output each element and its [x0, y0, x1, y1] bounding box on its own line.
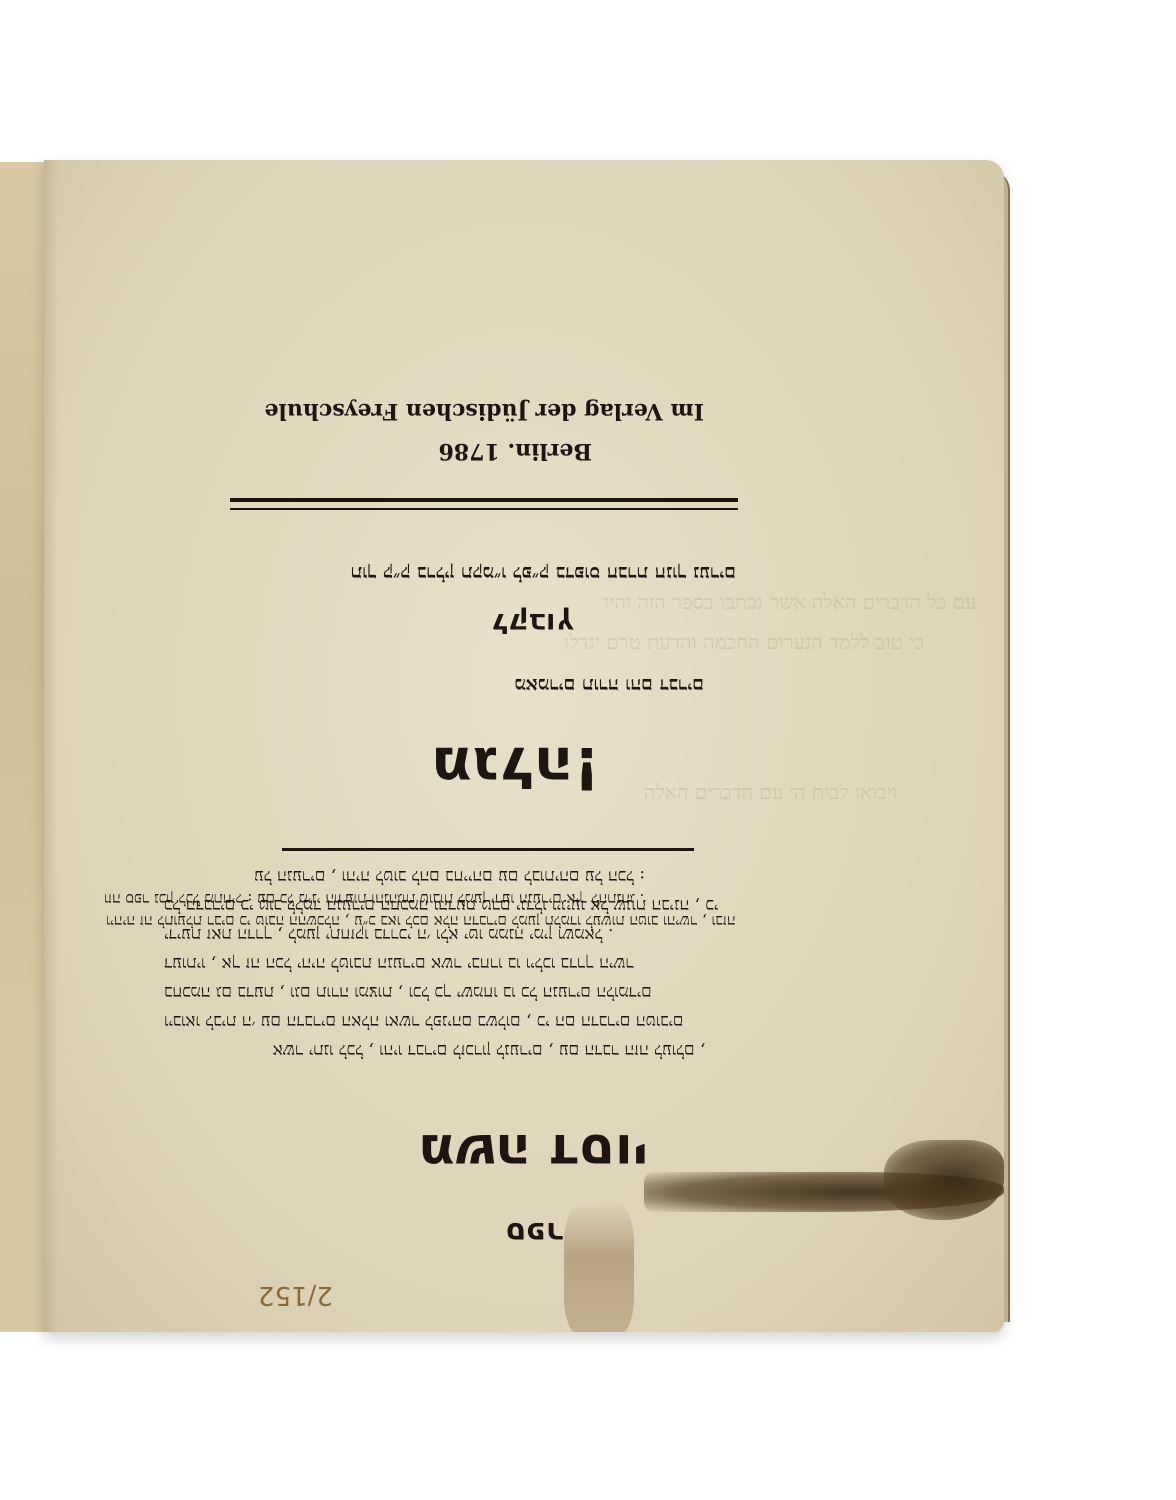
book-inner-flap: [0, 162, 45, 1332]
title-large: מגלה!: [431, 734, 600, 802]
author-name: משה דסוי: [418, 1122, 648, 1182]
double-rule-bottom: [230, 498, 738, 502]
ink-stain: [884, 1140, 1004, 1220]
paragraph-line: דעותיו , אך זה הכל יהיה לטובת הנערים אשר…: [164, 948, 814, 977]
paragraph-line: ויבואו לבית ה׳ עם הדברים האלה ואשר לפניה…: [164, 1006, 814, 1035]
intro-line: וזה ספר נכון לכל מתחיל : עם כל מיני הודע…: [104, 889, 964, 908]
paragraph-line: אשר יתנו לכל , והיו דברים לזכרון לנערים …: [164, 1035, 814, 1064]
title-page: עם כל הדברים האלה אשר נכתבו בספר הזה והי…: [44, 160, 1004, 1332]
author-label: ספר: [506, 1215, 564, 1250]
title-small: לקבוץ: [491, 607, 574, 640]
handwritten-shelf-mark: 2/152: [258, 1280, 333, 1310]
imprint-publisher: Im Verlag der Jüdischen Freyschule: [265, 398, 704, 424]
subtitle: מאמרים תורה והם דברים: [514, 673, 704, 696]
paragraph-line: בחכמה גם בדעת , וגם תורה ומצות , וכל כך …: [164, 977, 814, 1006]
intro-line: ויהיה זה לתועלת רבים כי טובה ההשכלה , ע״…: [106, 911, 986, 930]
water-stain: [564, 1200, 634, 1332]
middle-rule: [282, 848, 694, 851]
double-rule-top: [230, 508, 738, 510]
paragraph-line: על הנערים , והיה לטוב להם בחייהם עם לבות…: [254, 861, 814, 890]
upside-down-print: ספר משה דסוי אשר יתנו לכל , והיו דברים ל…: [44, 160, 1004, 1332]
header-note: תוך ק״ק ברלין תקמ״ו לפ״ק בדפוס חברת חנוך…: [350, 561, 736, 584]
imprint-city-year: Berlin. 1786: [439, 438, 592, 464]
